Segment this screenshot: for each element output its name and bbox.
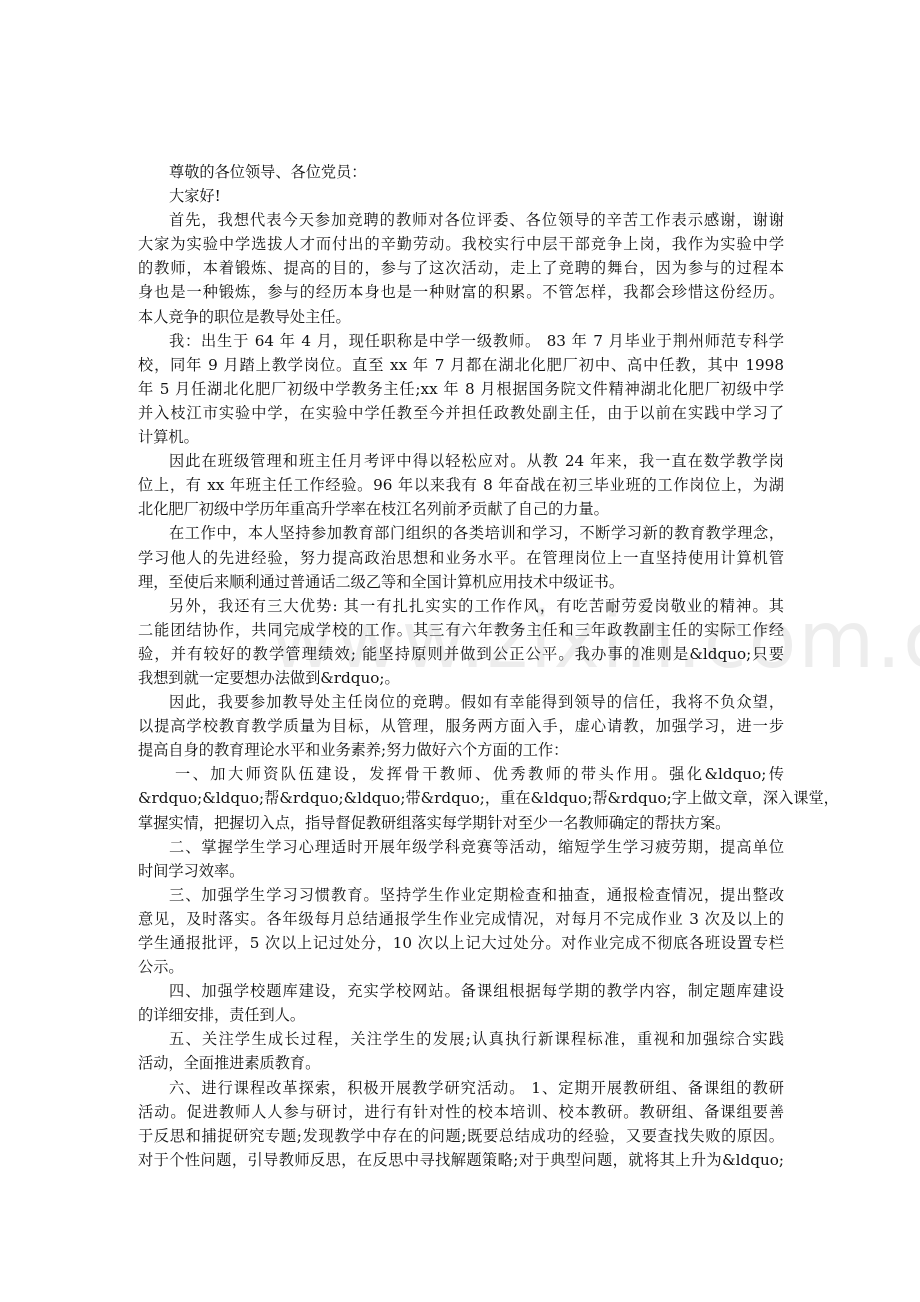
text-line: 身也是一种锻炼，参与的经历本身也是一种财富的积累。不管怎样，我都会珍惜这份经历。: [138, 280, 784, 304]
text-line: 并入枝江市实验中学，在实验中学任教至今并担任政教处副主任，由于以前在实践中学习了: [138, 401, 784, 425]
text-line: 本人竞争的职位是教导处主任。: [138, 305, 784, 329]
text-line: 四、加强学校题库建设，充实学校网站。备课组根据每学期的教学内容，制定题库建设: [138, 979, 784, 1003]
text-line: 位上，有 xx 年班主任工作经验。96 年以来我有 8 年奋战在初三毕业班的工作…: [138, 473, 784, 497]
text-line: 另外，我还有三大优势: 其一有扎扎实实的工作作风，有吃苦耐劳爱岗敬业的精神。其: [138, 594, 784, 618]
text-line: 活动，全面推进素质教育。: [138, 1051, 784, 1075]
paragraph-experience: 因此在班级管理和班主任月考评中得以轻松应对。从教 24 年来，我一直在数学教学岗…: [138, 449, 784, 521]
text-line: 掌握实情，把握切入点，指导督促教研组落实每学期针对至少一名教师确定的帮扶方案。: [138, 811, 784, 835]
text-line: 时间学习效率。: [138, 859, 784, 883]
greeting: 大家好!: [138, 184, 784, 208]
text-line: &rdquo;&ldquo;帮&rdquo;&ldquo;带&rdquo;，重在…: [138, 786, 784, 810]
text-line: 三、加强学生学习习惯教育。坚持学生作业定期检查和抽查，通报检查情况，提出整改: [138, 883, 784, 907]
paragraph-training: 在工作中，本人坚持参加教育部门组织的各类培训和学习，不断学习新的教育教学理念， …: [138, 521, 784, 593]
text-line: 对于个性问题，引导教师反思，在反思中寻找解题策略;对于典型问题，就将其上升为&l…: [138, 1148, 784, 1172]
text-line: 五、关注学生成长过程，关注学生的发展;认真执行新课程标准，重视和加强综合实践: [138, 1027, 784, 1051]
text-line: 大家为实验中学选拔人才而付出的辛勤劳动。我校实行中层干部竞争上岗，我作为实验中学: [138, 232, 784, 256]
text-line: 我：出生于 64 年 4 月，现任职称是中学一级教师。 83 年 7 月毕业于荆…: [138, 329, 784, 353]
text-line: 的详细安排，责任到人。: [138, 1003, 784, 1027]
text-line: 公示。: [138, 955, 784, 979]
text-line: 因此，我要参加教导处主任岗位的竞聘。假如有幸能得到领导的信任，我将不负众望，: [138, 690, 784, 714]
salutation: 尊敬的各位领导、各位党员：: [138, 160, 784, 184]
text-line: 理，至使后来顺利通过普通话二级乙等和全国计算机应用技术中级证书。: [138, 570, 784, 594]
text-line: 于反思和捕捉研究专题;发现教学中存在的问题;既要总结成功的经验，又要查找失败的原…: [138, 1124, 784, 1148]
paragraph-item-3: 三、加强学生学习习惯教育。坚持学生作业定期检查和抽查，通报检查情况，提出整改 意…: [138, 883, 784, 979]
text-line: 的教师，本着锻炼、提高的目的，参与了这次活动，走上了竞聘的舞台，因为参与的过程本: [138, 256, 784, 280]
paragraph-goals: 因此，我要参加教导处主任岗位的竞聘。假如有幸能得到领导的信任，我将不负众望， 以…: [138, 690, 784, 762]
text-line: 一、加大师资队伍建设，发挥骨干教师、优秀教师的带头作用。强化&ldquo;传: [138, 762, 784, 786]
text-line: 二能团结协作，共同完成学校的工作。其三有六年教务主任和三年政教副主任的实际工作经: [138, 618, 784, 642]
text-line: 学习他人的先进经验，努力提高政治思想和业务水平。在管理岗位上一直坚持使用计算机管: [138, 546, 784, 570]
paragraph-item-4: 四、加强学校题库建设，充实学校网站。备课组根据每学期的教学内容，制定题库建设 的…: [138, 979, 784, 1027]
document-page: 尊敬的各位领导、各位党员： 大家好! 首先，我想代表今天参加竞聘的教师对各位评委…: [138, 160, 784, 1172]
text-line: 在工作中，本人坚持参加教育部门组织的各类培训和学习，不断学习新的教育教学理念，: [138, 521, 784, 545]
paragraph-item-1: 一、加大师资队伍建设，发挥骨干教师、优秀教师的带头作用。强化&ldquo;传 &…: [138, 762, 784, 834]
text-line: 计算机。: [138, 425, 784, 449]
text-line: 验，并有较好的教学管理绩效; 能坚持原则并做到公正公平。我办事的准则是&ldqu…: [138, 642, 784, 666]
text-line: 活动。促进教师人人参与研讨，进行有针对性的校本培训、校本教研。教研组、备课组要善: [138, 1100, 784, 1124]
text-line: 校，同年 9 月踏上教学岗位。直至 xx 年 7 月都在湖北化肥厂初中、高中任教…: [138, 353, 784, 377]
text-line: 首先，我想代表今天参加竞聘的教师对各位评委、各位领导的辛苦工作表示感谢，谢谢: [138, 208, 784, 232]
paragraph-item-2: 二、掌握学生学习心理适时开展年级学科竞赛等活动，缩短学生学习疲劳期，提高单位 时…: [138, 835, 784, 883]
paragraph-item-5: 五、关注学生成长过程，关注学生的发展;认真执行新课程标准，重视和加强综合实践 活…: [138, 1027, 784, 1075]
text-line: 年 5 月任湖北化肥厂初级中学教务主任;xx 年 8 月根据国务院文件精神湖北化…: [138, 377, 784, 401]
text-line: 意见，及时落实。各年级每月总结通报学生作业完成情况，对每月不完成作业 3 次及以…: [138, 907, 784, 931]
paragraph-intro: 首先，我想代表今天参加竞聘的教师对各位评委、各位领导的辛苦工作表示感谢，谢谢 大…: [138, 208, 784, 328]
text-line: 以提高学校教育教学质量为目标，从管理，服务两方面入手，虚心请教，加强学习，进一步: [138, 714, 784, 738]
paragraph-background: 我：出生于 64 年 4 月，现任职称是中学一级教师。 83 年 7 月毕业于荆…: [138, 329, 784, 449]
text-line: 六、进行课程改革探索，积极开展教学研究活动。 1、定期开展教研组、备课组的教研: [138, 1076, 784, 1100]
text-line: 提高自身的教育理论水平和业务素养;努力做好六个方面的工作：: [138, 738, 784, 762]
text-line: 因此在班级管理和班主任月考评中得以轻松应对。从教 24 年来，我一直在数学教学岗: [138, 449, 784, 473]
text-line: 北化肥厂初级中学历年重高升学率在枝江名列前矛贡献了自己的力量。: [138, 497, 784, 521]
paragraph-item-6: 六、进行课程改革探索，积极开展教学研究活动。 1、定期开展教研组、备课组的教研 …: [138, 1076, 784, 1172]
text-line: 我想到就一定要想办法做到&rdquo;。: [138, 666, 784, 690]
text-line: 二、掌握学生学习心理适时开展年级学科竞赛等活动，缩短学生学习疲劳期，提高单位: [138, 835, 784, 859]
text-line: 学生通报批评，5 次以上记过处分，10 次以上记大过处分。对作业完成不彻底各班设…: [138, 931, 784, 955]
paragraph-advantages: 另外，我还有三大优势: 其一有扎扎实实的工作作风，有吃苦耐劳爱岗敬业的精神。其 …: [138, 594, 784, 690]
